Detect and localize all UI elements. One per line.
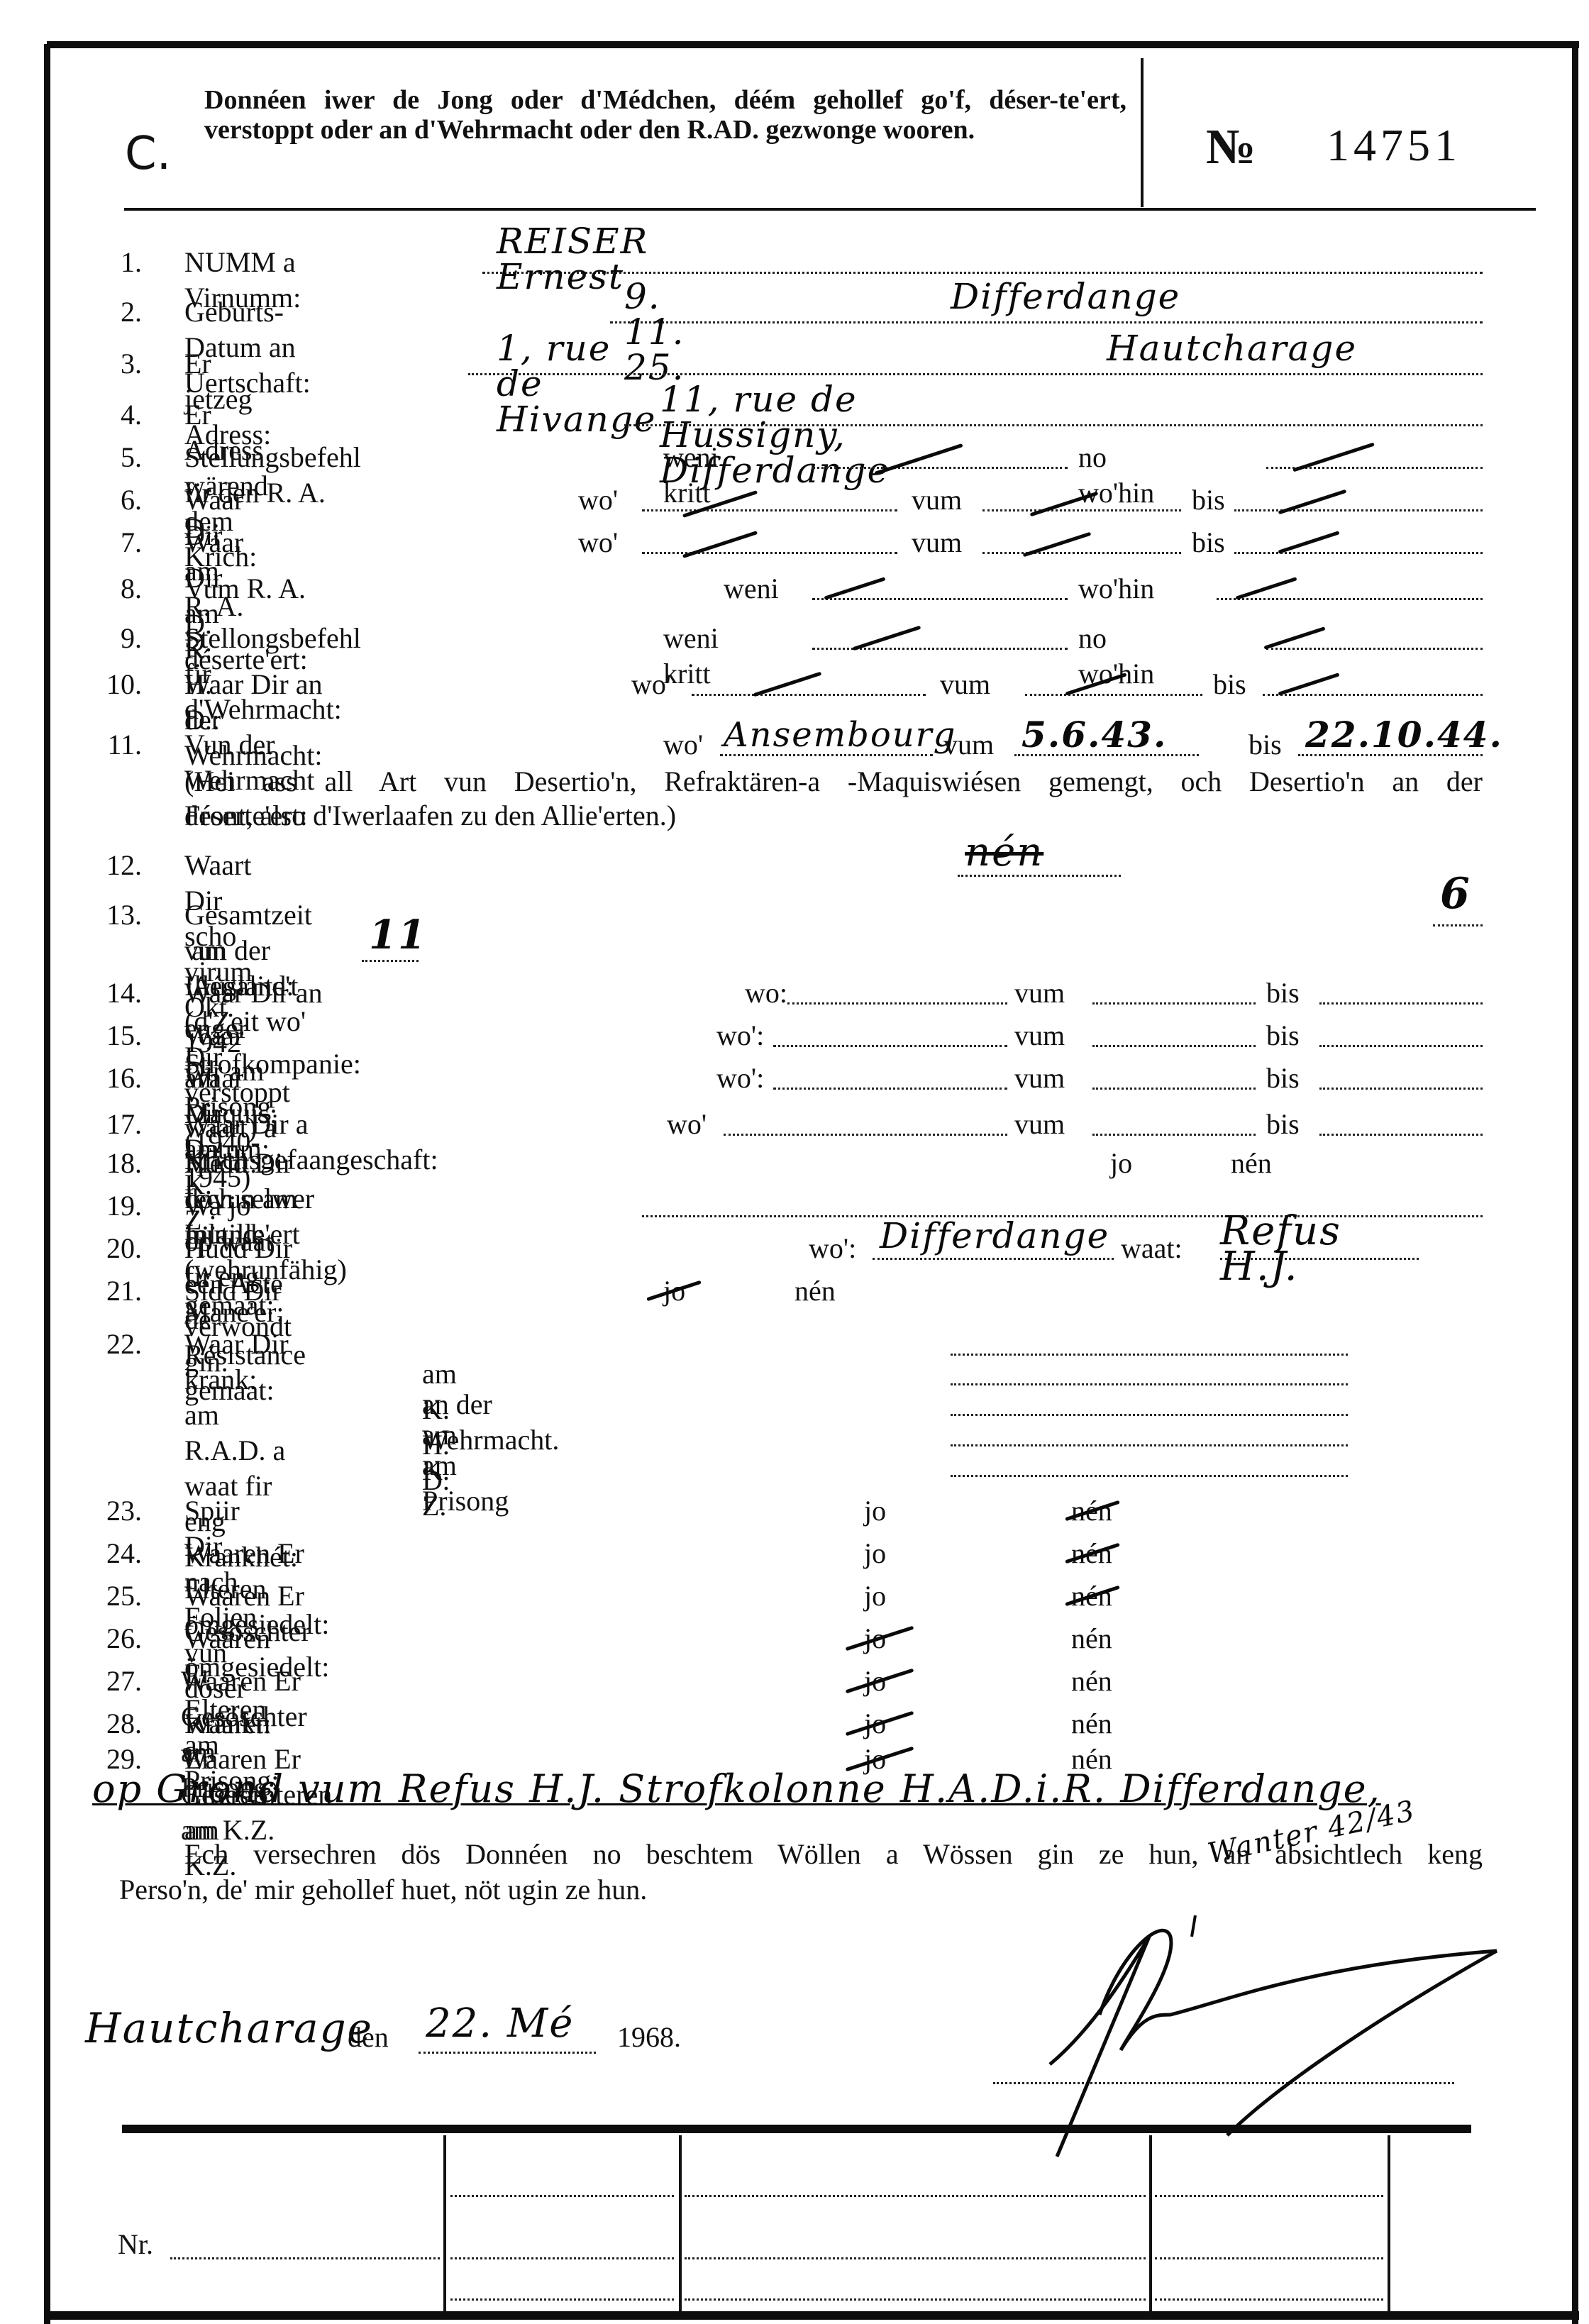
pow-from-field[interactable] — [1092, 1134, 1256, 1136]
strike-mark — [753, 672, 822, 697]
row-11-note-line-1: (Hei ass all Art vun Desertio'n, Refrakt… — [184, 765, 1483, 798]
field-label: wo' — [667, 1107, 707, 1142]
field-label: vum — [1014, 1107, 1065, 1142]
option-yes[interactable]: jo — [864, 1536, 886, 1571]
field-label: wo': — [809, 1231, 856, 1266]
row-number: 6. — [92, 482, 142, 518]
row-number: 3. — [92, 346, 142, 382]
wehrmacht-from-field[interactable] — [1025, 694, 1202, 696]
field-label: wo: — [745, 975, 787, 1011]
prison-from-field[interactable] — [1092, 1045, 1256, 1047]
illness-rad-field[interactable] — [951, 1354, 1348, 1356]
kz-to-field[interactable] — [1319, 1088, 1483, 1090]
field-label: wo' — [578, 525, 618, 560]
strike-mark — [824, 577, 885, 600]
field-label: vum — [943, 727, 994, 763]
den-label: den — [348, 2020, 389, 2054]
field-label: weni kritt — [663, 621, 719, 692]
option-no[interactable]: nén — [1071, 1706, 1112, 1742]
row-number: 9. — [92, 621, 142, 656]
field-label: bis — [1192, 525, 1225, 560]
abroad-months-field[interactable] — [362, 960, 419, 962]
footer-cell-3-2[interactable] — [685, 2298, 1146, 2301]
footer-rule — [122, 2125, 1471, 2133]
illness-prison-field[interactable] — [951, 1475, 1348, 1477]
footer-cell-1-2[interactable] — [685, 2195, 1146, 2197]
field-label: bis — [1248, 727, 1282, 763]
nr-field[interactable] — [170, 2257, 440, 2259]
row-number: 1. — [92, 245, 142, 280]
form-title: Donnéen iwer de Jong oder d'Médchen, déé… — [204, 85, 1126, 145]
prison-to-field[interactable] — [1319, 1045, 1483, 1047]
field-label: vum — [912, 482, 962, 518]
birth-field[interactable] — [610, 321, 1483, 323]
strike-mark — [682, 531, 758, 558]
frame-bottom-border — [44, 2311, 1579, 2320]
current-street-value: 1, rue de Hivange — [497, 331, 656, 437]
frame-top-border — [47, 41, 1579, 48]
wehrmacht-order-where-field[interactable] — [1266, 648, 1483, 650]
strike-mark — [1278, 531, 1339, 554]
field-label: vum — [1014, 975, 1065, 1011]
field-label: wo': — [716, 1061, 764, 1096]
inland-months-field[interactable] — [1433, 924, 1483, 926]
resistance-where-value: Differdange — [880, 1218, 1109, 1254]
field-label: weni kritt — [663, 440, 719, 511]
row-number: 20. — [92, 1231, 142, 1266]
abroad-months-value: 11 — [369, 917, 427, 953]
footer-divider — [1388, 2135, 1390, 2313]
row-sublabel: am Prisong — [422, 1448, 509, 1519]
row-number: 28. — [92, 1706, 142, 1742]
footer-cell-3-3[interactable] — [1155, 2298, 1383, 2301]
field-label: bis — [1266, 1061, 1300, 1096]
field-label: wo' — [631, 667, 671, 702]
row-number: 13. — [92, 897, 142, 933]
row-number: 27. — [92, 1664, 142, 1699]
prison-where-field[interactable] — [773, 1045, 1007, 1047]
option-no[interactable]: nén — [794, 1273, 836, 1309]
wehrmacht-order-when-field[interactable] — [812, 648, 1068, 650]
footer-divider — [1149, 2135, 1152, 2313]
row-number: 24. — [92, 1536, 142, 1571]
footer-cell-1-1[interactable] — [450, 2195, 674, 2197]
row-number: 21. — [92, 1273, 142, 1309]
pow-to-field[interactable] — [1319, 1134, 1483, 1136]
desert-where-value: Ansembourg — [724, 717, 956, 753]
field-label: bis — [1192, 482, 1225, 518]
row-number: 19. — [92, 1188, 142, 1224]
field-label: vum — [1014, 1061, 1065, 1096]
row-number: 22. — [92, 1327, 142, 1362]
field-label: vum — [1014, 1018, 1065, 1053]
desert-to-value: 22.10.44. — [1305, 717, 1503, 753]
option-yes[interactable]: jo — [864, 1493, 886, 1529]
row-number: 12. — [92, 848, 142, 883]
resistance-where-field[interactable] — [873, 1258, 1114, 1260]
row-number: 26. — [92, 1621, 142, 1656]
row-number: 4. — [92, 397, 142, 433]
field-label: vum — [912, 525, 962, 560]
birth-place-value: Differdange — [951, 279, 1180, 314]
option-no[interactable]: nén — [1071, 1621, 1112, 1656]
field-label: no wo'hin — [1078, 440, 1154, 511]
row-number: 7. — [92, 525, 142, 560]
field-label: bis — [1213, 667, 1246, 702]
row-number: 25. — [92, 1578, 142, 1614]
khd-to-field[interactable] — [1234, 552, 1483, 554]
row-number: 18. — [92, 1146, 142, 1181]
row-number: 2. — [92, 294, 142, 330]
field-label: wo'hin — [1078, 571, 1154, 607]
penal-where-field[interactable] — [787, 1002, 1007, 1005]
declaration-line-1: Ech versechren dös Donnéen no beschtem W… — [184, 1837, 1483, 1871]
footer-cell-2-1[interactable] — [450, 2257, 674, 2259]
penal-from-field[interactable] — [1092, 1002, 1256, 1005]
resistance-what-value: Refus H.J. — [1220, 1214, 1341, 1285]
row-number: 11. — [92, 727, 142, 763]
footer-cell-3-1[interactable] — [450, 2298, 674, 2301]
signing-date-field[interactable] — [419, 2052, 596, 2054]
row-number: 14. — [92, 975, 142, 1011]
khd-where-field[interactable] — [642, 552, 897, 554]
maquis-date-value: nén — [965, 835, 1043, 870]
frame-right-border — [1572, 44, 1578, 2324]
illness-khd-field[interactable] — [951, 1383, 1348, 1385]
section-letter: C. — [125, 128, 171, 180]
option-no[interactable]: nén — [1231, 1146, 1272, 1181]
field-label: wo': — [716, 1018, 764, 1053]
inland-months-value: 6 — [1440, 876, 1471, 912]
rad-to-field[interactable] — [1234, 509, 1483, 511]
current-town-value: Hautcharage — [1107, 331, 1357, 366]
footer-cell-2-2[interactable] — [685, 2257, 1146, 2259]
row-number: 16. — [92, 1061, 142, 1096]
rad-desert-when-field[interactable] — [812, 598, 1068, 600]
handwritten-remark: op Grond vum Refus H.J. Strofkolonne H.A… — [92, 1766, 1381, 1811]
signing-place: Hautcharage — [85, 2004, 373, 2052]
declaration-line-2: Perso'n, de' mir gehollef huet, nöt ugin… — [119, 1873, 647, 1906]
field-label: waat: — [1121, 1231, 1183, 1266]
strike-mark — [1235, 577, 1297, 600]
footer-divider — [679, 2135, 682, 2313]
rad-from-field[interactable] — [982, 509, 1181, 511]
signing-date: 22. Mé — [426, 2001, 574, 2047]
option-yes[interactable]: jo — [1110, 1146, 1132, 1181]
footer-divider — [443, 2135, 446, 2313]
wehrmacht-to-field[interactable] — [1263, 694, 1483, 696]
field-label: weni — [724, 571, 779, 607]
frame-left-border — [44, 44, 50, 2324]
strike-mark — [853, 626, 921, 651]
penal-to-field[interactable] — [1319, 1002, 1483, 1005]
row-number: 5. — [92, 440, 142, 475]
field-label: wo' — [578, 482, 618, 518]
field-label: wo' — [663, 727, 703, 763]
footer-cell-2-3[interactable] — [1155, 2257, 1383, 2259]
row-11-note-line-2: Front, also d'Iwerlaafen zu den Allie'er… — [184, 799, 676, 832]
option-yes[interactable]: jo — [864, 1578, 886, 1614]
field-label: no wo'hin — [1078, 621, 1154, 692]
wehrmacht-where-field[interactable] — [692, 694, 926, 696]
pow-where-field[interactable] — [724, 1134, 1007, 1136]
desert-from-value: 5.6.43. — [1021, 717, 1167, 753]
rad-where-field[interactable] — [642, 509, 897, 511]
kz-from-field[interactable] — [1092, 1088, 1256, 1090]
nr-label: Nr. — [118, 2228, 153, 2261]
strike-mark — [1278, 673, 1339, 696]
header-divider — [1141, 58, 1144, 207]
field-label: vum — [940, 667, 990, 702]
rad-desert-where-field[interactable] — [1217, 598, 1483, 600]
field-label: bis — [1266, 1018, 1300, 1053]
illness-wehrmacht-field[interactable] — [951, 1414, 1348, 1416]
row-number: 23. — [92, 1493, 142, 1529]
form-number: 14751 — [1327, 119, 1461, 172]
illness-kz-field[interactable] — [951, 1444, 1348, 1446]
field-label: bis — [1266, 975, 1300, 1011]
row-number: 8. — [92, 571, 142, 607]
number-symbol: № — [1206, 119, 1256, 176]
strike-mark — [1263, 626, 1325, 650]
rad-order-when-field[interactable] — [812, 467, 1068, 469]
footer-cell-1-3[interactable] — [1155, 2195, 1383, 2197]
signing-year: 1968. — [617, 2020, 681, 2054]
khd-from-field[interactable] — [982, 552, 1181, 554]
row-number: 10. — [92, 667, 142, 702]
field-label: bis — [1266, 1107, 1300, 1142]
header-rule — [124, 208, 1536, 211]
row-number: 15. — [92, 1018, 142, 1053]
option-no[interactable]: nén — [1071, 1664, 1112, 1699]
kz-where-field[interactable] — [773, 1088, 1007, 1090]
row-number: 17. — [92, 1107, 142, 1142]
